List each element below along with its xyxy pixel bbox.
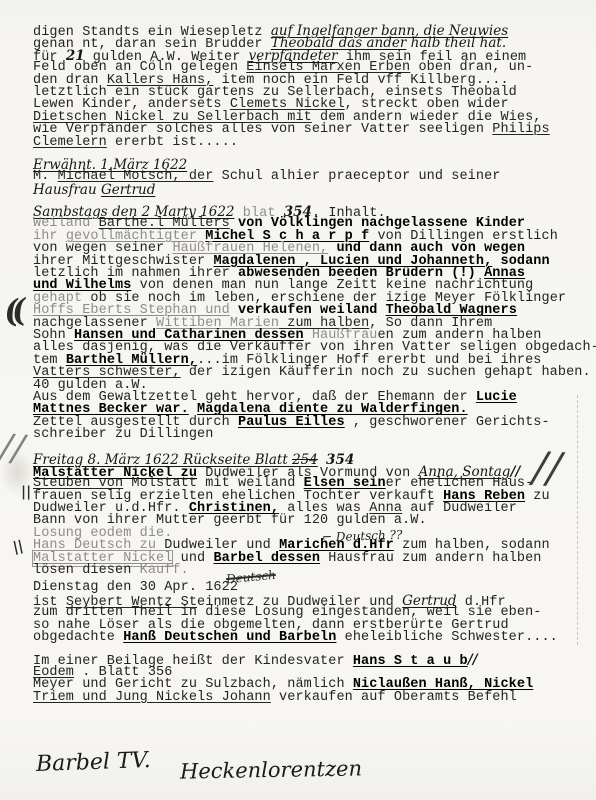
text-line: obgedachte Hanß Deutschen und Barbeln eh… (33, 632, 596, 644)
right-margin-double-slash: // (532, 442, 563, 492)
text-segment: Gertrud (101, 182, 155, 198)
text-segment: , geschworener Gerichts- (345, 415, 550, 430)
text-segment: der izigen Käufferin noch zu suchen geha… (181, 365, 591, 380)
text-segment: verkaufen auf Oberamts Befehl (271, 690, 517, 705)
scanned-document-page: digen Standts ein Wiesepletz auf Ingelfa… (0, 0, 596, 800)
text-segment: Philips (492, 122, 549, 137)
text-segment: Barbel dessen (213, 551, 320, 566)
left-margin-parallel-mark: || (21, 484, 31, 500)
text-segment: Kauff. (140, 563, 189, 578)
text-segment: Schul alhier praeceptor und seiner (213, 169, 500, 184)
text-segment: Lucie (476, 390, 517, 405)
left-margin-double-slash: // (0, 427, 26, 470)
text-segment: ererbt ist..... (107, 135, 238, 150)
text-line: Dienstag den 30 Apr. 1622 (33, 582, 596, 594)
text-segment: obgedachte (33, 630, 123, 645)
text-line: lösen diesen Kauff. (33, 565, 596, 577)
text-segment: Hans S t a u b (353, 654, 468, 669)
text-segment: Paulus Eilles (238, 415, 345, 430)
text-segment: lösen diesen (33, 563, 140, 578)
text-segment: Hausfrau zum andern halben (320, 551, 541, 566)
text-segment: Dienstag den 30 Apr. 1622 (33, 580, 238, 595)
text-line: Triem und Jung Nickels Johann verkaufen … (33, 692, 596, 704)
left-margin-brace-mark: (( (2, 293, 21, 330)
text-segment: Triem und Jung Nickels Johann (33, 690, 271, 705)
text-segment: Clemelern (33, 135, 107, 150)
document-text: digen Standts ein Wiesepletz auf Ingelfa… (33, 18, 596, 704)
text-segment: Hausfrau (33, 182, 101, 198)
text-line: Hausfrau Gertrud (33, 184, 596, 196)
text-line: schreiber zu Dillingen (33, 429, 596, 441)
text-segment: eheleibliche Schwester.... (336, 630, 557, 645)
handwritten-deutsch-note: ⌐ Deutsch ?? (322, 528, 403, 545)
text-segment: schreiber zu Dillingen (33, 427, 213, 442)
text-segment: // (468, 652, 478, 668)
text-segment: Hanß Deutschen und Barbeln (123, 630, 336, 645)
left-margin-parallel-mark-lower: || (11, 538, 24, 556)
signature-barbel: Barbel TV. (36, 748, 151, 777)
signature-heckenlorentzen: Heckenlorentzen (180, 756, 362, 783)
text-line: Clemelern ererbt ist..... (33, 137, 596, 149)
